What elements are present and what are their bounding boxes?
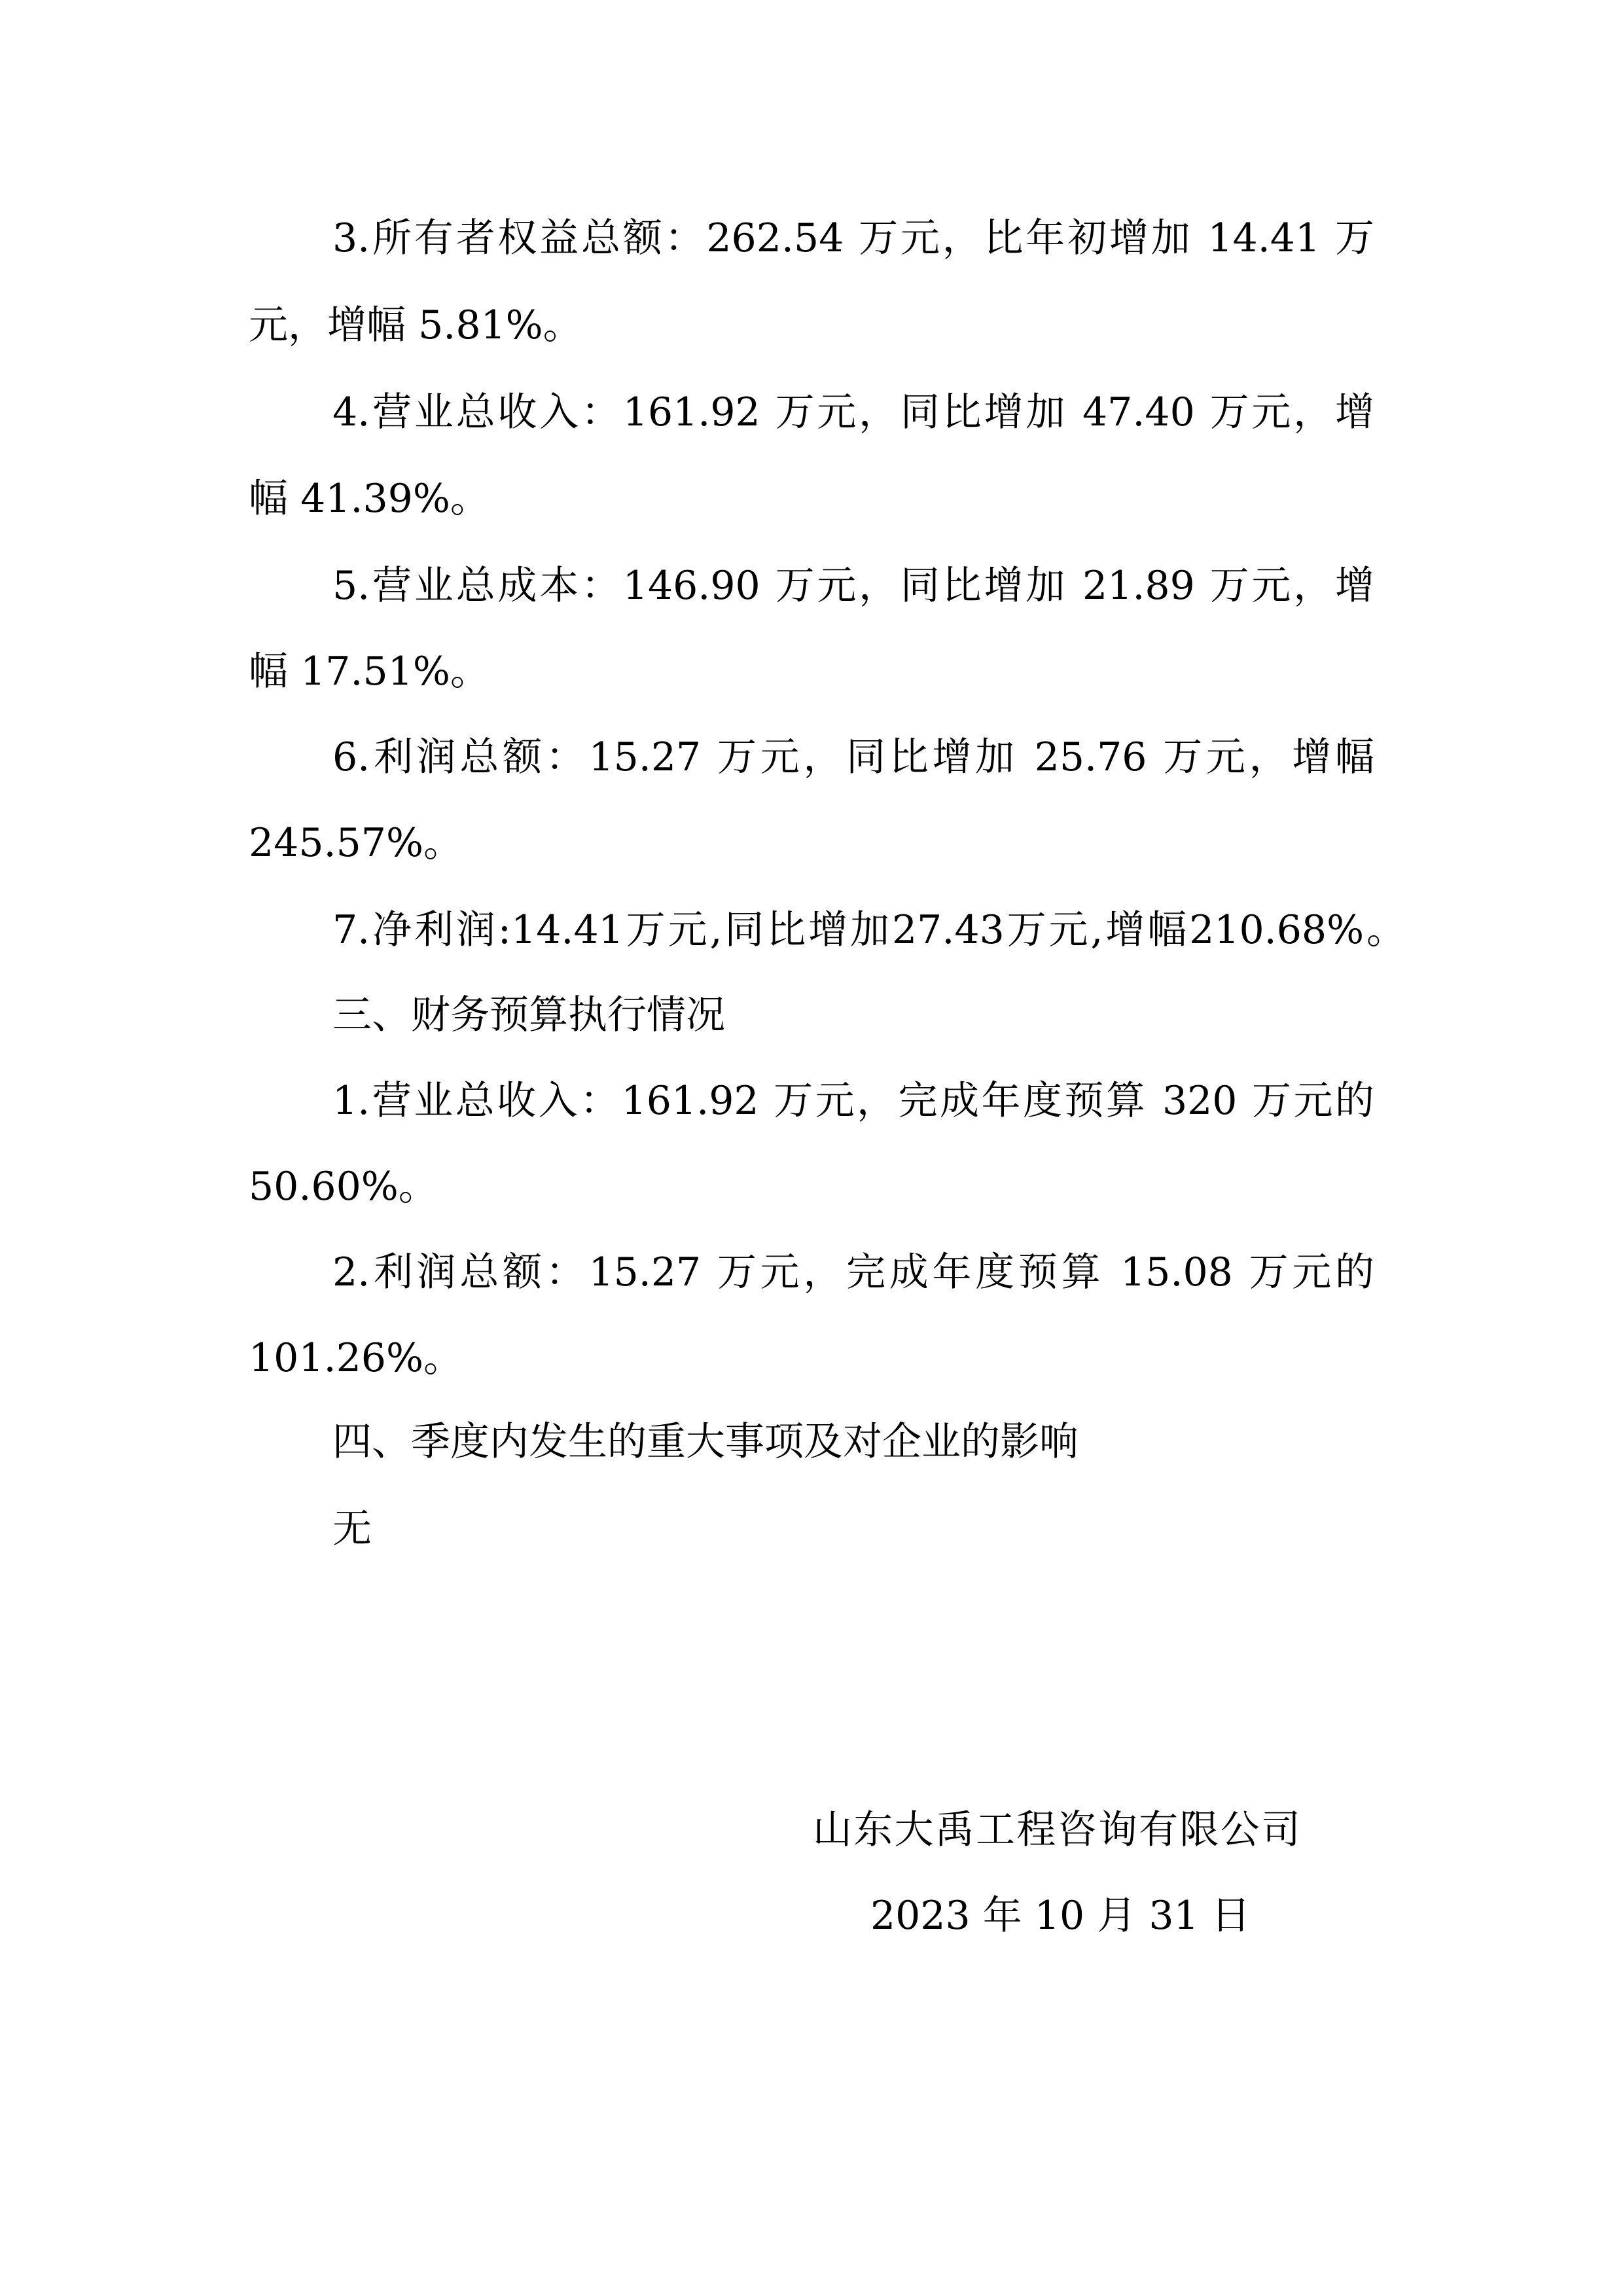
owner-equity-line-2: 元，增幅 5.81%。 xyxy=(249,299,1374,351)
budget-revenue-line-2: 50.60%。 xyxy=(249,1160,1374,1213)
total-profit-line-1: 6.利润总额：15.27 万元，同比增加 25.76 万元，增幅 xyxy=(332,731,1374,783)
major-events-text: 无 xyxy=(332,1503,1374,1555)
total-profit-line-2: 245.57%。 xyxy=(249,817,1374,869)
total-cost-line-2: 幅 17.51%。 xyxy=(249,645,1374,698)
company-signature: 山东大禹工程咨询有限公司 xyxy=(813,1804,1300,1856)
budget-revenue-line-1: 1.营业总收入：161.92 万元，完成年度预算 320 万元的 xyxy=(332,1075,1374,1127)
total-cost-line-1: 5.营业总成本：146.90 万元，同比增加 21.89 万元，增 xyxy=(332,560,1374,612)
budget-profit-line-2: 101.26%。 xyxy=(249,1332,1374,1384)
net-profit-line: 7.净利润:14.41万元,同比增加27.43万元,增幅210.68%。 xyxy=(332,904,1406,956)
section-heading-budget-execution: 三、财务预算执行情况 xyxy=(332,989,1374,1041)
total-revenue-line-1: 4.营业总收入：161.92 万元，同比增加 47.40 万元，增 xyxy=(332,386,1374,439)
total-revenue-line-2: 幅 41.39%。 xyxy=(249,473,1374,525)
owner-equity-line-1: 3.所有者权益总额：262.54 万元，比年初增加 14.41 万 xyxy=(332,212,1374,264)
budget-profit-line-1: 2.利润总额：15.27 万元，完成年度预算 15.08 万元的 xyxy=(332,1246,1374,1299)
document-page: 3.所有者权益总额：262.54 万元，比年初增加 14.41 万 元，增幅 5… xyxy=(0,0,1623,2296)
signature-date: 2023 年 10 月 31 日 xyxy=(870,1890,1214,1942)
section-heading-major-events: 四、季度内发生的重大事项及对企业的影响 xyxy=(332,1416,1374,1468)
